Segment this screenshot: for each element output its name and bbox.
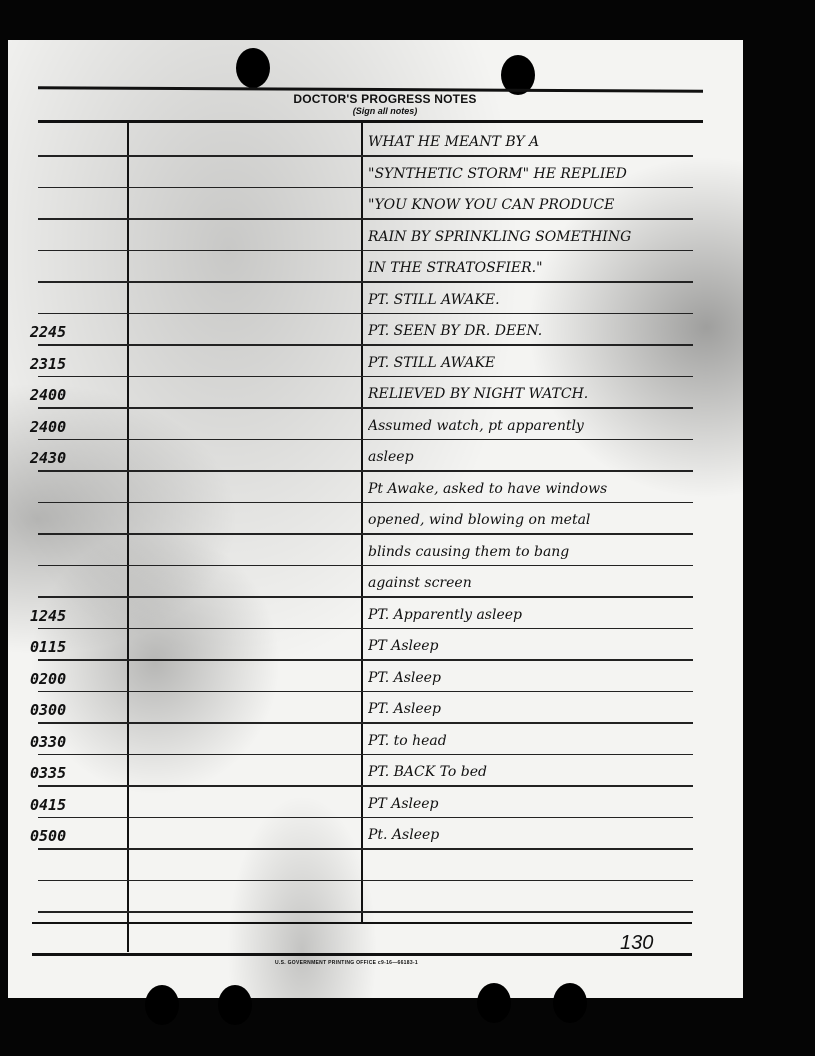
entry-time: 0415: [30, 796, 120, 814]
header-bottom-rule: [38, 120, 703, 123]
entry-note: PT. SEEN BY DR. DEEN.: [368, 323, 698, 339]
ruled-line: [38, 187, 693, 189]
ruled-line: [38, 470, 693, 472]
page-number: 130: [620, 932, 653, 955]
entry-time: 2430: [30, 449, 120, 467]
entry-note: RELIEVED BY NIGHT WATCH.: [368, 386, 698, 402]
ruled-line: [38, 754, 693, 756]
entry-note: PT Asleep: [368, 638, 698, 654]
ruled-line: [38, 407, 693, 409]
ruled-line: [38, 376, 693, 378]
printer-imprint: U.S. GOVERNMENT PRINTING OFFICE c9-16—66…: [275, 960, 418, 966]
ruled-line: [38, 439, 693, 441]
entry-note: asleep: [368, 449, 698, 465]
ruled-line: [38, 722, 693, 724]
ruled-line: [38, 785, 693, 787]
entry-time: 0300: [30, 701, 120, 719]
ruled-line: [38, 313, 693, 315]
entry-time: 2400: [30, 386, 120, 404]
entry-note: PT Asleep: [368, 796, 698, 812]
ruled-line: [38, 880, 693, 882]
ruled-line: [38, 281, 693, 283]
entry-note: Pt Awake, asked to have windows: [368, 481, 698, 497]
entry-time: 0500: [30, 827, 120, 845]
entry-time: 0330: [30, 733, 120, 751]
entry-time: 0335: [30, 764, 120, 782]
punch-hole-bottom-1: [145, 985, 179, 1025]
entry-note: Assumed watch, pt apparently: [368, 418, 698, 434]
entry-time: 0200: [30, 670, 120, 688]
ruled-line: [38, 628, 693, 630]
entry-time: 1245: [30, 607, 120, 625]
entry-note: Pt. Asleep: [368, 827, 698, 843]
notes-column-divider: [361, 122, 363, 922]
entry-time: 2245: [30, 323, 120, 341]
entry-note: RAIN BY SPRINKLING SOMETHING: [368, 229, 698, 245]
entry-note: "SYNTHETIC STORM" HE REPLIED: [368, 166, 698, 182]
entry-time: 0115: [30, 638, 120, 656]
ruled-line: [38, 848, 693, 850]
punch-hole-bottom-4: [553, 983, 587, 1023]
form-title: DOCTOR'S PROGRESS NOTES: [265, 92, 505, 106]
entry-note: PT. Asleep: [368, 701, 698, 717]
entry-note: against screen: [368, 575, 698, 591]
punch-hole-top-left: [236, 48, 270, 88]
ruled-line: [38, 502, 693, 504]
ruled-line: [38, 565, 693, 567]
entry-note: opened, wind blowing on metal: [368, 512, 698, 528]
form-subtitle: (Sign all notes): [265, 106, 505, 116]
ruled-line: [38, 659, 693, 661]
entry-note: PT. BACK To bed: [368, 764, 698, 780]
ruled-line: [38, 344, 693, 346]
entry-note: IN THE STRATOSFIER.": [368, 260, 698, 276]
entry-note: PT. STILL AWAKE: [368, 355, 698, 371]
time-column-divider: [127, 122, 129, 952]
punch-hole-bottom-2: [218, 985, 252, 1025]
entry-note: PT. to head: [368, 733, 698, 749]
ruled-line: [38, 596, 693, 598]
entry-note: "YOU KNOW YOU CAN PRODUCE: [368, 197, 698, 213]
footer-rule-1: [32, 922, 692, 924]
entry-note: PT. STILL AWAKE.: [368, 292, 698, 308]
entry-note: WHAT HE MEANT BY A: [368, 134, 698, 150]
footer-rule-2: [32, 953, 692, 956]
entry-time: 2400: [30, 418, 120, 436]
ruled-line: [38, 155, 693, 157]
entry-note: PT. Asleep: [368, 670, 698, 686]
ruled-line: [38, 911, 693, 913]
ruled-line: [38, 250, 693, 252]
ruled-line: [38, 533, 693, 535]
punch-hole-bottom-3: [477, 983, 511, 1023]
entry-note: blinds causing them to bang: [368, 544, 698, 560]
ruled-line: [38, 691, 693, 693]
entry-time: 2315: [30, 355, 120, 373]
ruled-line: [38, 218, 693, 220]
entry-note: PT. Apparently asleep: [368, 607, 698, 623]
ruled-line: [38, 817, 693, 819]
